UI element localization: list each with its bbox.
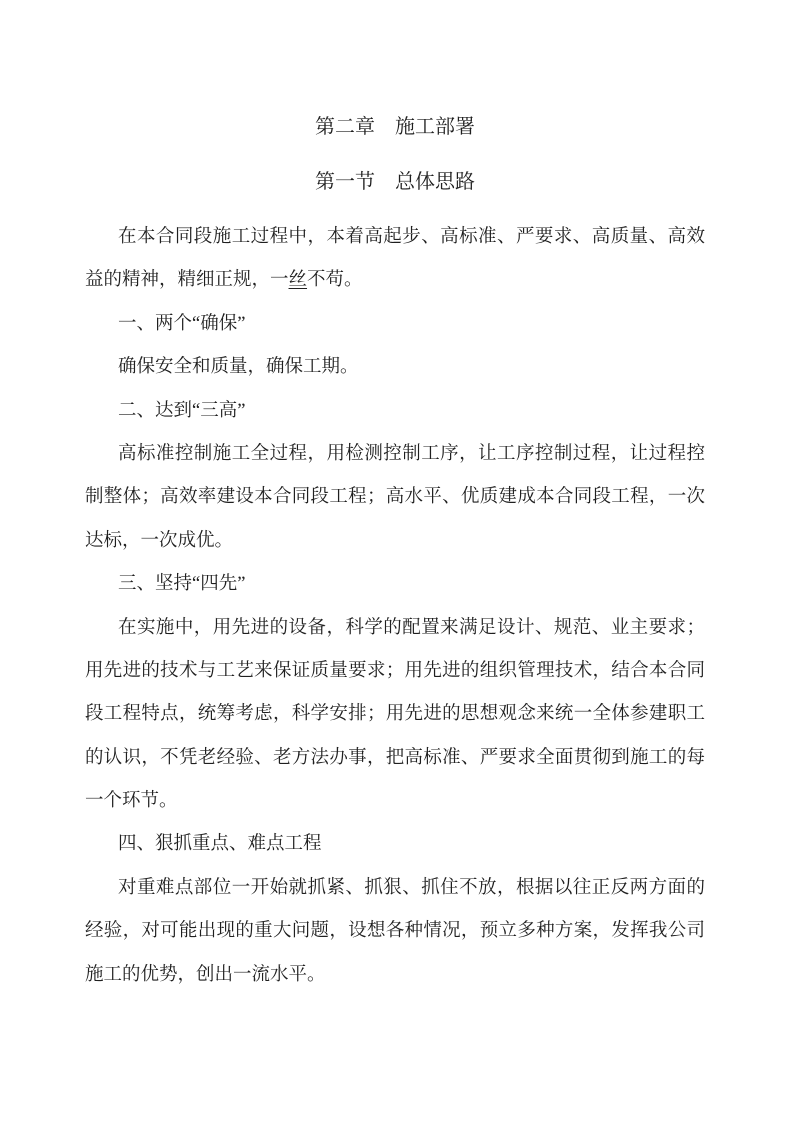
page-content: 第二章 施工部署 第一节 总体思路 在本合同段施工过程中，本着高起步、高标准、严… — [85, 0, 705, 997]
text-line: 经验，对可能出现的重大问题，设想各种情况，预立多种方案，发挥我公司 — [85, 910, 705, 953]
paragraph: 对重难点部位一开始就抓紧、抓狠、抓住不放，根据以往正反两方面的经验，对可能出现的… — [85, 867, 705, 997]
text-line: 一、两个“确保” — [85, 303, 705, 346]
section-heading: 第一节 总体思路 — [85, 155, 705, 210]
underlined-text: 丝 — [289, 270, 308, 290]
text-line: 制整体；高效率建设本合同段工程；高水平、优质建成本合同段工程，一次 — [85, 476, 705, 519]
text-line: 益的精神，精细正规，一丝不苟。 — [85, 259, 705, 302]
text-line: 一个环节。 — [85, 780, 705, 823]
text-line: 确保安全和质量，确保工期。 — [85, 346, 705, 389]
paragraph: 在实施中，用先进的设备，科学的配置来满足设计、规范、业主要求；用先进的技术与工艺… — [85, 607, 705, 824]
text-line: 达标，一次成优。 — [85, 520, 705, 563]
chapter-heading: 第二章 施工部署 — [85, 100, 705, 155]
text-line: 用先进的技术与工艺来保证质量要求；用先进的组织管理技术，结合本合同 — [85, 650, 705, 693]
text-line: 高标准控制施工全过程，用检测控制工序，让工序控制过程，让过程控 — [85, 433, 705, 476]
paragraph: 四、狠抓重点、难点工程 — [85, 823, 705, 866]
paragraph: 确保安全和质量，确保工期。 — [85, 346, 705, 389]
text-line: 的认识，不凭老经验、老方法办事，把高标准、严要求全面贯彻到施工的每 — [85, 737, 705, 780]
text-line: 对重难点部位一开始就抓紧、抓狠、抓住不放，根据以往正反两方面的 — [85, 867, 705, 910]
text-line: 在实施中，用先进的设备，科学的配置来满足设计、规范、业主要求； — [85, 607, 705, 650]
text-line: 段工程特点，统筹考虑，科学安排；用先进的思想观念来统一全体参建职工 — [85, 693, 705, 736]
document-page: 第二章 施工部署 第一节 总体思路 在本合同段施工过程中，本着高起步、高标准、严… — [0, 0, 793, 1122]
paragraph: 在本合同段施工过程中，本着高起步、高标准、严要求、高质量、高效益的精神，精细正规… — [85, 216, 705, 303]
text-line: 三、坚持“四先” — [85, 563, 705, 606]
text-line: 在本合同段施工过程中，本着高起步、高标准、严要求、高质量、高效 — [85, 216, 705, 259]
paragraph: 高标准控制施工全过程，用检测控制工序，让工序控制过程，让过程控制整体；高效率建设… — [85, 433, 705, 563]
paragraph: 一、两个“确保” — [85, 303, 705, 346]
paragraph: 三、坚持“四先” — [85, 563, 705, 606]
document-body: 在本合同段施工过程中，本着高起步、高标准、严要求、高质量、高效益的精神，精细正规… — [85, 216, 705, 997]
text-line: 二、达到“三高” — [85, 390, 705, 433]
paragraph: 二、达到“三高” — [85, 390, 705, 433]
text-line: 施工的优势，创出一流水平。 — [85, 954, 705, 997]
text-line: 四、狠抓重点、难点工程 — [85, 823, 705, 866]
